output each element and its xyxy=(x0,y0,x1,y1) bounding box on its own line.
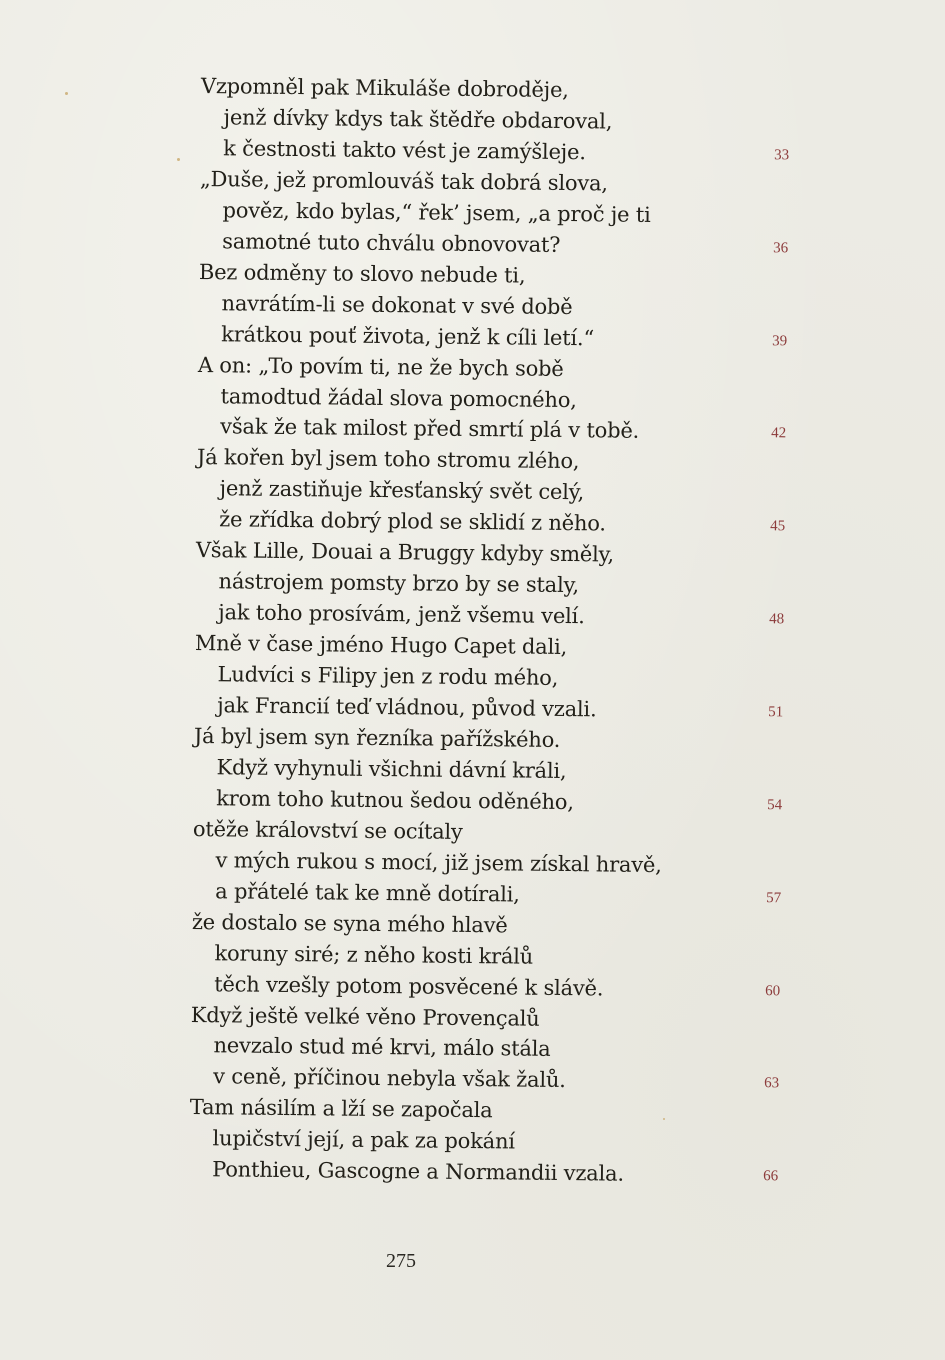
verse-line: Bez odměny to slovo nebude ti, xyxy=(199,257,526,291)
verse-line-text: Vzpomněl pak Mikuláše dobroděje, xyxy=(201,71,569,105)
verse-line-text: Když vyhynuli všichni dávní králi, xyxy=(216,752,566,786)
verse-line: otěže království se ocítaly xyxy=(193,814,463,847)
line-number: 42 xyxy=(771,424,786,444)
line-number: 60 xyxy=(765,981,780,1001)
line-number: 39 xyxy=(772,331,787,351)
verse-line-text: že zřídka dobrý plod se sklidí z něho. xyxy=(219,505,606,539)
verse-line: nevzalo stud mé krvi, málo stála xyxy=(213,1031,550,1065)
verse-line: Když vyhynuli všichni dávní králi, xyxy=(216,752,566,786)
verse-line: krátkou pouť života, jenž k cíli letí.“ xyxy=(221,319,594,353)
verse-line-text: Ludvíci s Filipy jen z rodu mého, xyxy=(217,659,558,693)
verse-line-text: tamodtud žádal slova pomocného, xyxy=(220,381,576,415)
verse-line-text: že dostalo se syna mého hlavě xyxy=(192,907,508,940)
verse-line-text: nevzalo stud mé krvi, málo stála xyxy=(213,1031,550,1065)
verse-line: Já byl jsem syn řezníka pařížského. xyxy=(194,721,561,755)
verse-line-text: Když ještě velké věno Provençalů xyxy=(191,999,540,1033)
line-number: 63 xyxy=(764,1074,779,1094)
verse-line: lupičství její, a pak za pokání xyxy=(212,1123,515,1156)
line-number: 66 xyxy=(763,1166,778,1186)
verse-line: jenž dívky kdys tak štědře obdaroval, xyxy=(223,102,612,136)
verse-line: krom toho kutnou šedou oděného, xyxy=(216,783,574,817)
verse-line-text: v ceně, příčinou nebyla však žalů. xyxy=(213,1062,566,1096)
verse-line: k čestnosti takto vést je zamýšleje. xyxy=(223,133,586,167)
verse-line: Já kořen byl jsem toho stromu zlého, xyxy=(197,442,580,476)
verse-line: nástrojem pomsty brzo by se staly, xyxy=(218,566,579,600)
verse-line-text: jenž dívky kdys tak štědře obdaroval, xyxy=(223,102,612,136)
verse-line-text: Mně v čase jméno Hugo Capet dali, xyxy=(195,628,567,662)
verse-line: Mně v čase jméno Hugo Capet dali, xyxy=(195,628,567,662)
verse-line-text: pověz, kdo bylas,“ řek’ jsem, „a proč je… xyxy=(222,195,650,230)
verse-line-text: těch vzešly potom posvěcené k slávě. xyxy=(214,969,603,1003)
verse-line: „Duše, jež promlouváš tak dobrá slova, xyxy=(200,164,608,198)
verse-line-text: koruny siré; z něho kosti králů xyxy=(214,938,533,971)
verse-line-text: v mých rukou s mocí, již jsem získal hra… xyxy=(215,845,661,880)
verse-line: Ludvíci s Filipy jen z rodu mého, xyxy=(217,659,558,693)
verse-line-text: Bez odměny to slovo nebude ti, xyxy=(199,257,526,291)
verse-line-text: k čestnosti takto vést je zamýšleje. xyxy=(223,133,586,167)
verse-line-text: jenž zastiňuje křesťanský svět celý, xyxy=(219,474,584,508)
line-number: 57 xyxy=(766,888,781,908)
verse-line: Když ještě velké věno Provençalů xyxy=(191,999,540,1033)
line-number: 45 xyxy=(770,516,785,536)
line-number: 33 xyxy=(774,145,789,165)
verse-line: jenž zastiňuje křesťanský svět celý, xyxy=(219,474,584,508)
verse-line-text: krom toho kutnou šedou oděného, xyxy=(216,783,574,817)
verse-block: Vzpomněl pak Mikuláše dobroděje,jenž dív… xyxy=(0,0,945,1360)
verse-line-text: jak Francií teď vládnou, původ vzali. xyxy=(217,690,597,724)
line-number: 54 xyxy=(767,795,782,815)
verse-line-text: krátkou pouť života, jenž k cíli letí.“ xyxy=(221,319,594,353)
verse-line-text: Ponthieu, Gascogne a Normandii vzala. xyxy=(212,1154,624,1188)
verse-line: jak toho prosívám, jenž všemu velí. xyxy=(218,597,585,631)
verse-line: Vzpomněl pak Mikuláše dobroděje, xyxy=(201,71,569,105)
book-page: Vzpomněl pak Mikuláše dobroděje,jenž dív… xyxy=(0,0,945,1360)
verse-line: navrátím-li se dokonat v své době xyxy=(221,288,572,322)
verse-line-text: Tam násilím a lží se započala xyxy=(190,1092,493,1125)
verse-line-text: Já byl jsem syn řezníka pařížského. xyxy=(194,721,561,755)
page-number: 275 xyxy=(386,1250,416,1273)
verse-line: tamodtud žádal slova pomocného, xyxy=(220,381,576,415)
verse-line-text: lupičství její, a pak za pokání xyxy=(212,1123,515,1156)
verse-line-text: navrátím-li se dokonat v své době xyxy=(221,288,572,322)
verse-line: koruny siré; z něho kosti králů xyxy=(214,938,533,971)
verse-line: v ceně, příčinou nebyla však žalů. xyxy=(213,1062,566,1096)
verse-line-text: nástrojem pomsty brzo by se staly, xyxy=(218,566,579,600)
verse-line: a přátelé tak ke mně dotírali, xyxy=(215,876,520,909)
verse-line: však že tak milost před smrtí plá v tobě… xyxy=(220,412,639,447)
line-number: 48 xyxy=(769,609,784,629)
verse-line-text: samotné tuto chválu obnovovat? xyxy=(222,226,560,260)
verse-line: jak Francií teď vládnou, původ vzali. xyxy=(217,690,597,724)
verse-line: Ponthieu, Gascogne a Normandii vzala. xyxy=(212,1154,624,1188)
verse-line: že dostalo se syna mého hlavě xyxy=(192,907,508,940)
verse-line: Však Lille, Douai a Bruggy kdyby směly, xyxy=(196,535,614,570)
verse-line: pověz, kdo bylas,“ řek’ jsem, „a proč je… xyxy=(222,195,650,230)
verse-line: A on: „To povím ti, ne že bych sobě xyxy=(198,350,564,384)
verse-line: v mých rukou s mocí, již jsem získal hra… xyxy=(215,845,661,880)
line-number: 51 xyxy=(768,702,783,722)
verse-line-text: Já kořen byl jsem toho stromu zlého, xyxy=(197,442,580,476)
verse-line-text: A on: „To povím ti, ne že bych sobě xyxy=(198,350,564,384)
verse-line: samotné tuto chválu obnovovat? xyxy=(222,226,560,260)
verse-line-text: však že tak milost před smrtí plá v tobě… xyxy=(220,412,639,447)
verse-line-text: jak toho prosívám, jenž všemu velí. xyxy=(218,597,585,631)
verse-line: těch vzešly potom posvěcené k slávě. xyxy=(214,969,603,1003)
verse-line: že zřídka dobrý plod se sklidí z něho. xyxy=(219,505,606,539)
line-number: 36 xyxy=(773,238,788,258)
verse-line-text: otěže království se ocítaly xyxy=(193,814,463,847)
verse-line: Tam násilím a lží se započala xyxy=(190,1092,493,1125)
verse-line-text: Však Lille, Douai a Bruggy kdyby směly, xyxy=(196,535,614,570)
verse-line-text: „Duše, jež promlouváš tak dobrá slova, xyxy=(200,164,608,198)
verse-line-text: a přátelé tak ke mně dotírali, xyxy=(215,876,520,909)
